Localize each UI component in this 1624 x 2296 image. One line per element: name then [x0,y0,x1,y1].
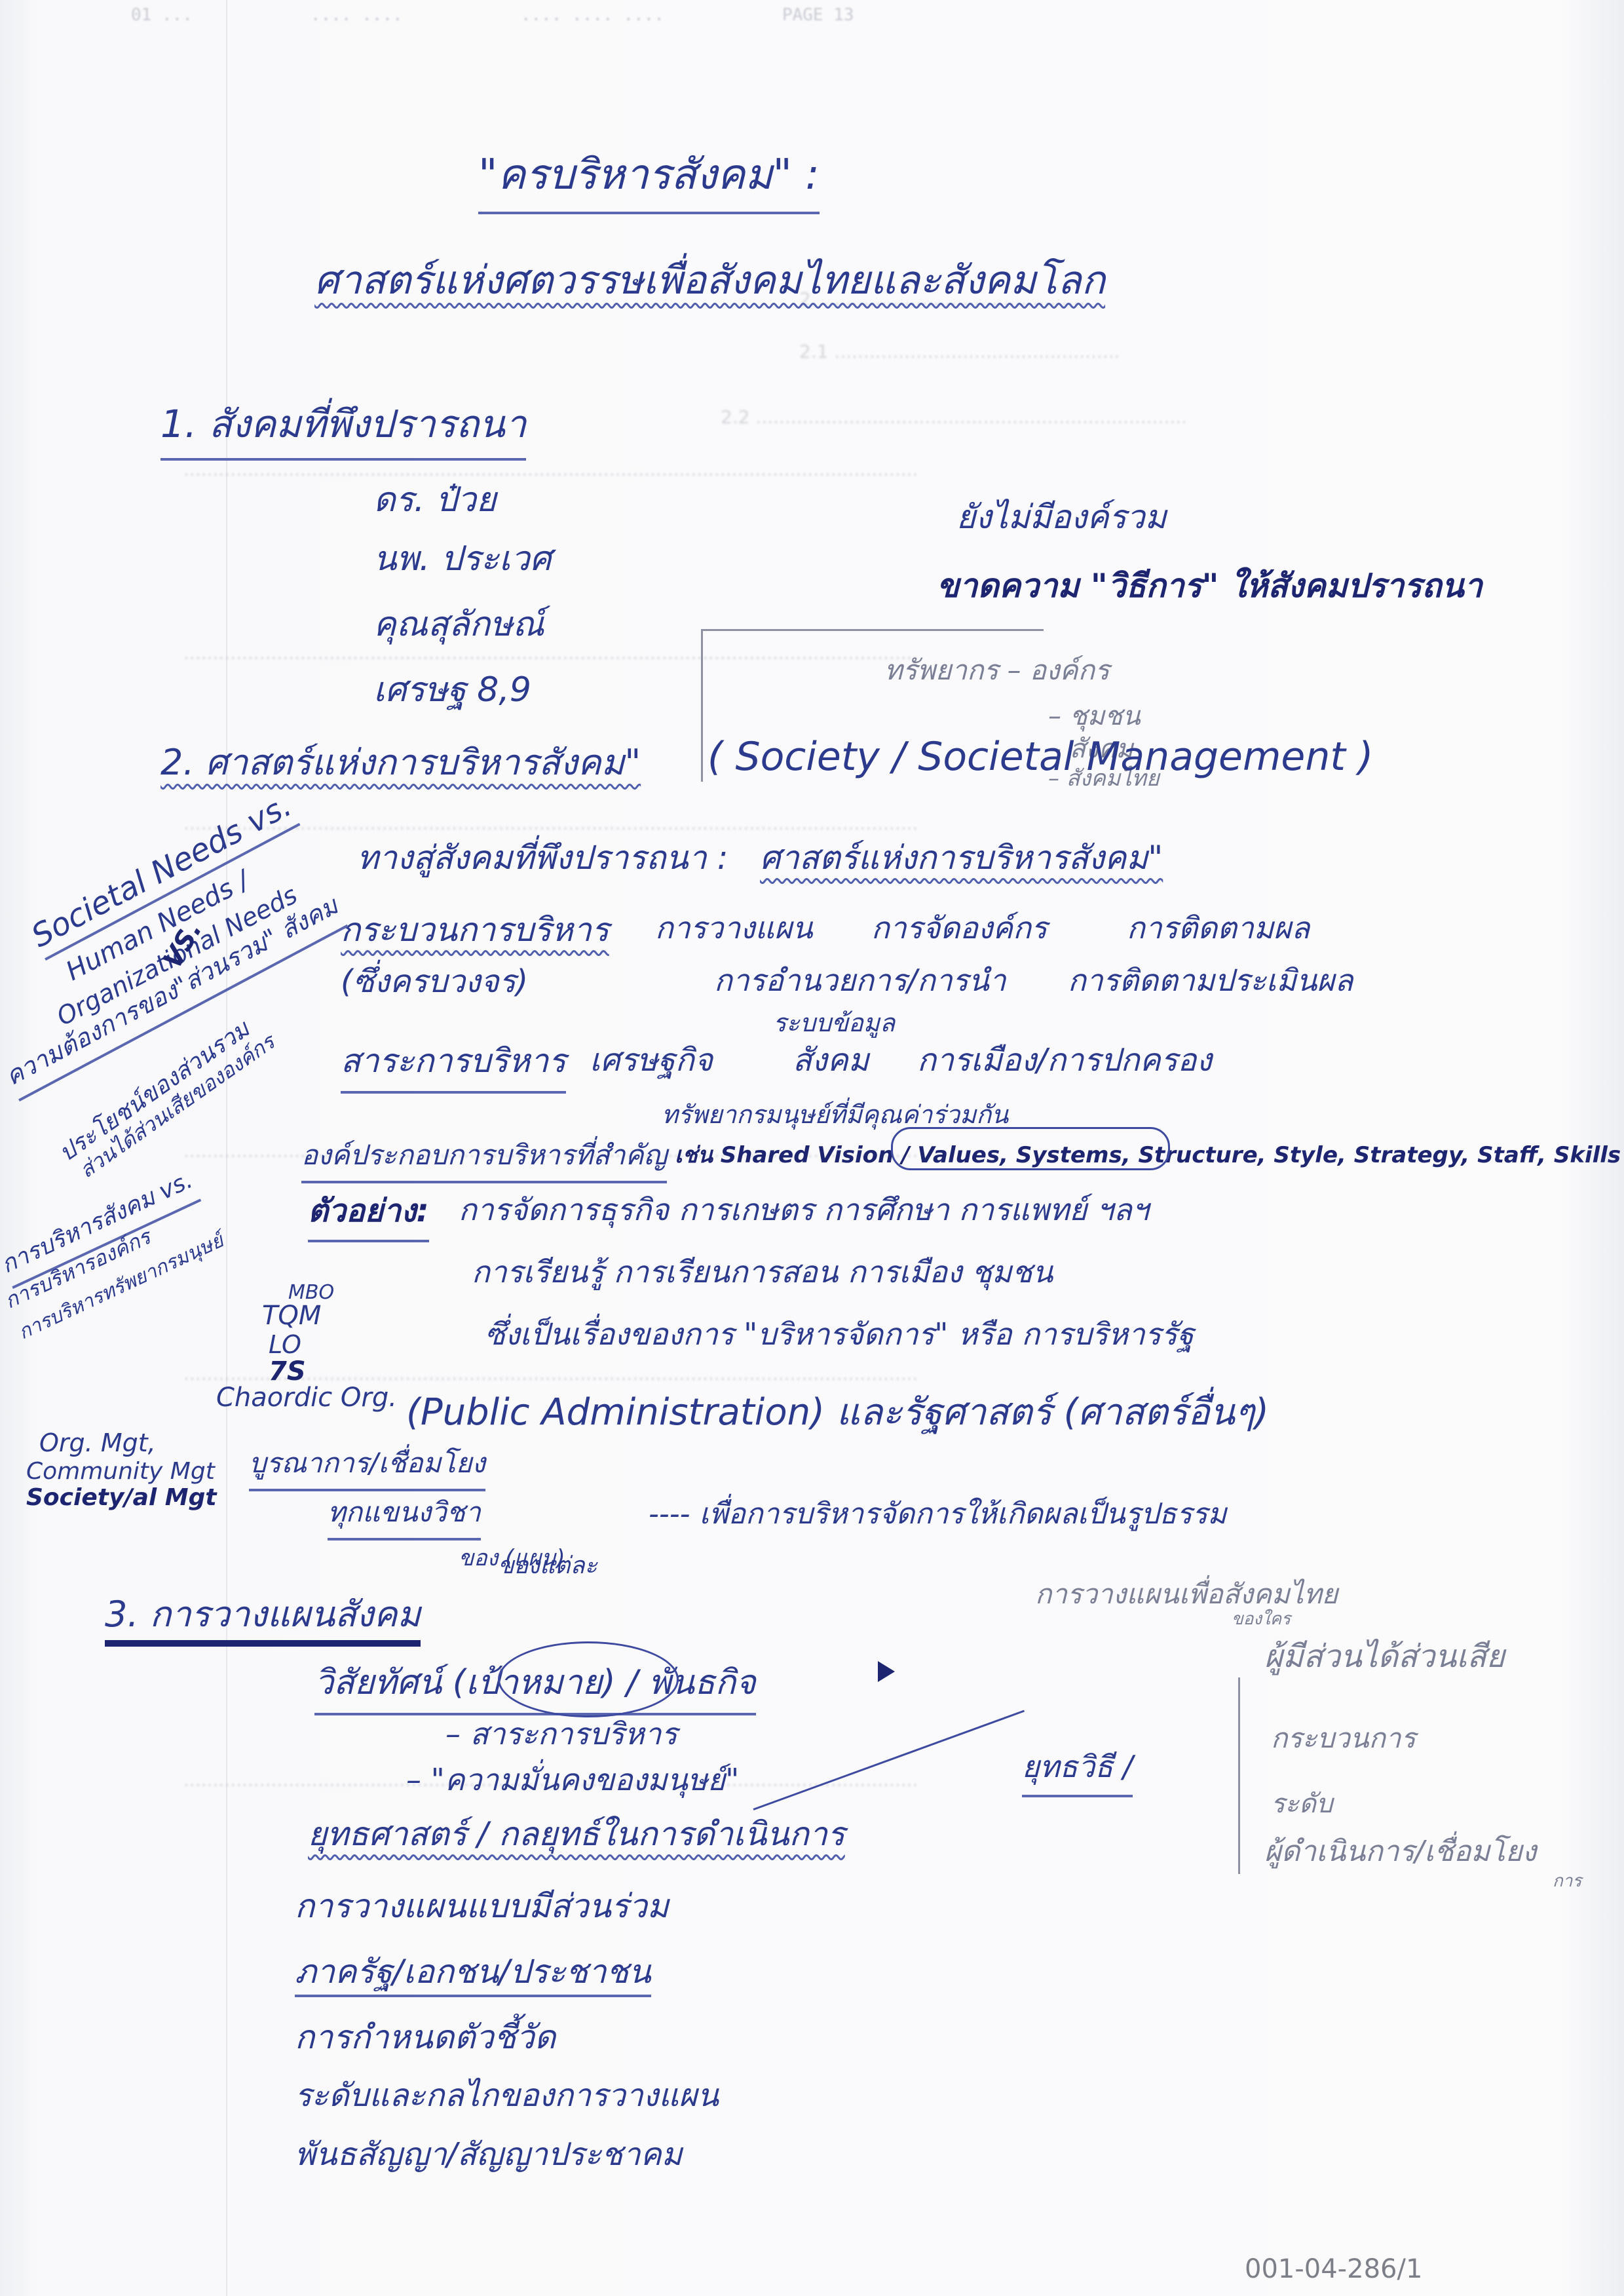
org-label: องค์ประกอบการบริหารที่สำคัญ [301,1134,667,1183]
section-1-note: ยังไม่มีองค์รวม [956,491,1167,543]
connector-line [753,1710,1024,1810]
section-2-highlight: ศาสตร์แห่งการบริหารสังคม" [760,832,1163,884]
scanned-page: 01 ... .... .... .... .... .... PAGE 13 … [0,0,1624,2296]
document-reference-code: 001-04-286/1 [1245,2254,1422,2284]
section-2-english: ( Society / Societal Management ) [708,734,1373,780]
process-label: กระบวนการบริหาร [341,904,609,956]
process-item: การวางแผน [655,904,813,952]
right-note: ของใคร [1232,1605,1291,1632]
section-1-name: ดร. ป๋วย [373,472,496,526]
example-line: การจัดการธุรกิจ การเกษตร การศึกษา การแพท… [459,1186,1149,1234]
fax-header-field: .... .... .... [521,5,664,31]
content-label: สาระการบริหาร [341,1035,566,1094]
agreement-line: พันธสัญญา/สัญญาประชาคม [295,2130,682,2179]
integration-label: บูรณาการ/เชื่อมโยง [249,1442,485,1491]
process-item: การติดตามผล [1127,904,1310,952]
section-2-heading: 2. ศาสตร์แห่งการบริหารสังคม" [161,734,641,790]
document-title: "ครบริหารสังคม" : [478,141,820,214]
section-3-heading-text: 3. การวางแผนสังคม [105,1594,421,1647]
fax-header: 01 ... .... .... .... .... .... PAGE 13 [131,5,1572,31]
right-note: ระดับ [1271,1782,1332,1824]
roles-line: ภาครัฐ/เอกชน/ประชาชน [295,1946,651,1998]
process-item: การอำนวยการ/การนำ [714,957,1006,1004]
integration-sub: ทุกแขนงวิชา [328,1491,481,1540]
section-1-name: เศรษฐ 8,9 [373,662,531,716]
process-sub: (ซึ่งครบวงจร) [341,957,528,1006]
section-1-note: ขาดความ "วิธีการ" ให้สังคมปรารถนา [937,560,1482,612]
security-quote: – "ความมั่นคงของมนุษย์" [406,1756,739,1804]
method-item: Chaordic Org. [216,1383,397,1413]
levels-line: ระดับและกลไกของการวางแผน [295,2071,719,2120]
right-note: การ [1553,1867,1581,1894]
right-note: การวางแผนเพื่อสังคมไทย [1035,1573,1338,1616]
example-line: การเรียนรู้ การเรียนการสอน การเมือง ชุมช… [472,1248,1053,1296]
roles-text: ภาครัฐ/เอกชน/ประชาชน [295,1953,651,1997]
participation-line: การวางแผนแบบมีส่วนร่วม [295,1881,669,1932]
section-2-line: ทางสู่สังคมที่พึงปรารถนา : [357,832,728,884]
content-item: สังคม [793,1035,869,1085]
fax-header-field: 01 ... [131,5,193,31]
content-item: การเมือง/การปกครอง [917,1035,1212,1085]
example-line: (Public Administration) และรัฐศาสตร์ (ศา… [406,1383,1269,1441]
right-note: กระบวนการ [1271,1717,1416,1760]
indicators-line: การกำหนดตัวชี้วัด [295,2012,556,2063]
mgt-level: Society/al Mgt [26,1484,217,1511]
process-item: การติดตามประเมินผล [1068,957,1353,1004]
section-3-heading: 3. การวางแผนสังคม [105,1586,421,1642]
document-subtitle: ศาสตร์แห่งศตวรรษเพื่อสังคมไทยและสังคมโลก [314,249,1105,311]
bleed-through-text: ........................................… [183,459,918,480]
bleed-through-text: 2.1 ....................................… [799,341,1120,362]
content-dash: – สาระการบริหาร [445,1710,677,1758]
method-item: TQM [262,1301,321,1331]
example-label: ตัวอย่าง: [308,1186,429,1242]
method-item: LO [269,1330,301,1359]
mgt-level: Community Mgt [26,1458,215,1485]
mgt-level: Org. Mgt, [39,1428,156,1457]
content-item: เศรษฐกิจ [590,1035,713,1085]
strategy-line: ยุทธศาสตร์ / กลยุทธ์ในการดำเนินการ [308,1808,845,1860]
right-note-bracket [1238,1677,1266,1874]
process-item: การจัดองค์กร [871,904,1048,952]
right-note: ผู้ดำเนินการ/เชื่อมโยง [1264,1828,1536,1874]
fax-header-field: .... .... [311,5,403,31]
section-1-heading: 1. สังคมที่พึงปรารถนา [161,393,526,461]
circled-goal [498,1641,679,1717]
section-1-name: คุณสุลักษณ์ [373,596,544,651]
bracket-list-item: ทรัพยากร – องค์กร [884,649,1110,692]
integration-rest: ---- เพื่อการบริหารจัดการให้เกิดผลเป็นรู… [649,1491,1226,1537]
right-note: ผู้มีส่วนได้ส่วนเสีย [1264,1632,1505,1681]
bleed-through-text: 2.2 ....................................… [721,406,1187,428]
circled-systems-structure [891,1127,1170,1170]
strategy-short: ยุทธวิธี / [1022,1743,1133,1797]
section-1-name: นพ. ประเวศ [373,531,552,585]
fax-header-field: PAGE 13 [782,5,854,31]
arrow-head-icon [878,1661,895,1682]
example-line: ซึ่งเป็นเรื่องของการ "บริหารจัดการ" หรือ… [485,1311,1194,1358]
section-3-top-note: ของ (แผน) [459,1540,565,1575]
